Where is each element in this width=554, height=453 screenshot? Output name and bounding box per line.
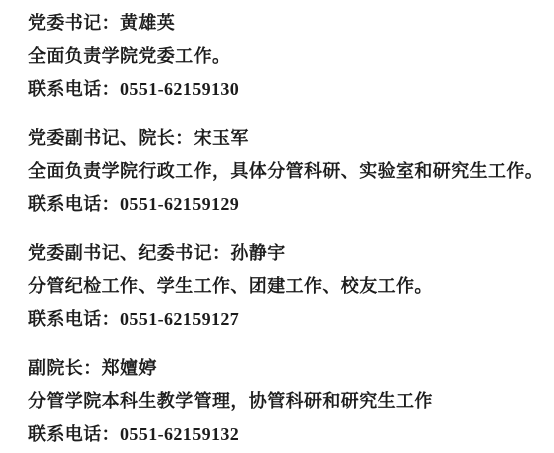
staff-duty: 分管纪检工作、学生工作、团建工作、校友工作。 — [28, 270, 554, 303]
staff-phone: 联系电话：0551-62159130 — [28, 73, 554, 106]
staff-entry: 党委书记：黄雄英 全面负责学院党委工作。 联系电话：0551-62159130 — [28, 7, 554, 106]
staff-entry: 副院长：郑嬗婷 分管学院本科生教学管理，协管科研和研究生工作 联系电话：0551… — [28, 352, 554, 451]
staff-duty: 全面负责学院行政工作，具体分管科研、实验室和研究生工作。 — [28, 155, 554, 188]
staff-duty: 分管学院本科生教学管理，协管科研和研究生工作 — [28, 385, 554, 418]
staff-title: 党委副书记、院长：宋玉军 — [28, 122, 554, 155]
staff-entry: 党委副书记、纪委书记：孙静宇 分管纪检工作、学生工作、团建工作、校友工作。 联系… — [28, 237, 554, 336]
staff-title: 党委书记：黄雄英 — [28, 7, 554, 40]
staff-phone: 联系电话：0551-62159129 — [28, 188, 554, 221]
staff-entry: 党委副书记、院长：宋玉军 全面负责学院行政工作，具体分管科研、实验室和研究生工作… — [28, 122, 554, 221]
staff-title: 副院长：郑嬗婷 — [28, 352, 554, 385]
staff-phone: 联系电话：0551-62159132 — [28, 418, 554, 451]
staff-title: 党委副书记、纪委书记：孙静宇 — [28, 237, 554, 270]
staff-contact-list: 党委书记：黄雄英 全面负责学院党委工作。 联系电话：0551-62159130 … — [0, 0, 554, 451]
staff-phone: 联系电话：0551-62159127 — [28, 303, 554, 336]
staff-duty: 全面负责学院党委工作。 — [28, 40, 554, 73]
